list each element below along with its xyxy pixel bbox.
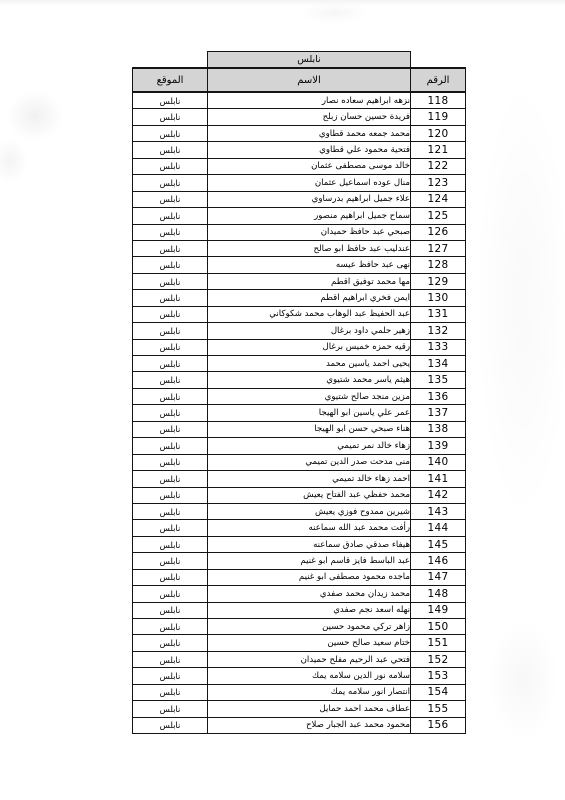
row-name-cell: نزهه ابراهيم سعاده نصار xyxy=(208,92,411,109)
row-location-cell: نابلس xyxy=(133,339,208,355)
row-location-cell: نابلس xyxy=(133,191,208,207)
row-number-cell: 140 xyxy=(411,454,466,470)
table-row: 136 مزين منجد صالح شتيوي نابلس xyxy=(133,388,466,404)
row-location-cell: نابلس xyxy=(133,487,208,503)
table-row: 124 علاء جميل ابراهيم بدرساوي نابلس xyxy=(133,191,466,207)
row-name-cell: نهله اسعد نجم صفدي xyxy=(208,602,411,618)
row-name-cell: علاء جميل ابراهيم بدرساوي xyxy=(208,191,411,207)
row-number-cell: 154 xyxy=(411,684,466,700)
table-row: 120 محمد جمعه محمد قطاوي نابلس xyxy=(133,125,466,141)
row-number-cell: 120 xyxy=(411,125,466,141)
table-row: 129 مها محمد توفيق اقطم نابلس xyxy=(133,273,466,289)
column-header-row: الرقم الاسم الموقع xyxy=(133,68,466,92)
row-name-cell: مها محمد توفيق اقطم xyxy=(208,273,411,289)
row-name-cell: خالد موسى مصطفى عثمان xyxy=(208,158,411,174)
row-number-cell: 129 xyxy=(411,273,466,289)
row-location-cell: نابلس xyxy=(133,356,208,372)
row-number-cell: 127 xyxy=(411,240,466,256)
table-row: 149 نهله اسعد نجم صفدي نابلس xyxy=(133,602,466,618)
table-row: 150 زاهر تركي محمود حسين نابلس xyxy=(133,619,466,635)
row-name-cell: انتصار انور سلامه يمك xyxy=(208,684,411,700)
row-number-cell: 149 xyxy=(411,602,466,618)
row-number-cell: 124 xyxy=(411,191,466,207)
row-name-cell: محمود محمد عبد الجبار صلاح xyxy=(208,717,411,733)
row-name-cell: احمد زهاء خالد تميمي xyxy=(208,471,411,487)
row-number-cell: 155 xyxy=(411,701,466,717)
table-row: 126 صبحي عبد حافظ حميدان نابلس xyxy=(133,224,466,240)
row-name-cell: رقيه حمزه خميس برغال xyxy=(208,339,411,355)
row-number-cell: 131 xyxy=(411,306,466,322)
table-row: 147 ماجده محمود مصطفى ابو غنيم نابلس xyxy=(133,569,466,585)
ghost-cell xyxy=(133,52,208,69)
table-row: 130 ايمن فخري ابراهيم اقطم نابلس xyxy=(133,290,466,306)
scan-smudge xyxy=(0,138,28,184)
row-number-cell: 141 xyxy=(411,471,466,487)
row-location-cell: نابلس xyxy=(133,142,208,158)
table-body: نابلس الرقم الاسم الموقع 118 نزهه ابراهي… xyxy=(133,52,466,734)
table-row: 146 عبد الباسط فايز قاسم ابو غنيم نابلس xyxy=(133,553,466,569)
row-name-cell: ايمن فخري ابراهيم اقطم xyxy=(208,290,411,306)
row-name-cell: زاهر تركي محمود حسين xyxy=(208,619,411,635)
table-row: 127 عندليب عبد حافظ ابو صالح نابلس xyxy=(133,240,466,256)
table-row: 137 عمر علي ياسين ابو الهيجا نابلس xyxy=(133,405,466,421)
row-number-cell: 128 xyxy=(411,257,466,273)
row-number-cell: 138 xyxy=(411,421,466,437)
row-name-cell: عمر علي ياسين ابو الهيجا xyxy=(208,405,411,421)
row-number-cell: 148 xyxy=(411,586,466,602)
table-row: 143 شيرين ممدوح فوزي يعيش نابلس xyxy=(133,503,466,519)
table-row: 152 فتحي عبد الرحيم مفلح حميدان نابلس xyxy=(133,651,466,667)
column-header-name: الاسم xyxy=(208,68,411,92)
table-row: 140 منى مدحت صدر الدين تميمي نابلس xyxy=(133,454,466,470)
row-number-cell: 147 xyxy=(411,569,466,585)
column-header-location: الموقع xyxy=(133,68,208,92)
row-location-cell: نابلس xyxy=(133,109,208,125)
row-location-cell: نابلس xyxy=(133,257,208,273)
row-location-cell: نابلس xyxy=(133,586,208,602)
row-number-cell: 146 xyxy=(411,553,466,569)
group-title-row: نابلس xyxy=(133,52,466,69)
table-row: 135 هيثم ياسر محمد شتيوي نابلس xyxy=(133,372,466,388)
row-name-cell: محمد جمعه محمد قطاوي xyxy=(208,125,411,141)
table-row: 132 زهير حلمي داود برغال نابلس xyxy=(133,323,466,339)
table-row: 153 سلامه نور الدين سلامه يمك نابلس xyxy=(133,668,466,684)
row-name-cell: يحيى احمد ياسين محمد xyxy=(208,356,411,372)
row-location-cell: نابلس xyxy=(133,651,208,667)
row-number-cell: 137 xyxy=(411,405,466,421)
row-name-cell: منى مدحت صدر الدين تميمي xyxy=(208,454,411,470)
row-location-cell: نابلس xyxy=(133,717,208,733)
row-number-cell: 121 xyxy=(411,142,466,158)
row-location-cell: نابلس xyxy=(133,503,208,519)
row-location-cell: نابلس xyxy=(133,240,208,256)
roster-sheet: نابلس الرقم الاسم الموقع 118 نزهه ابراهي… xyxy=(132,51,466,734)
row-name-cell: ختام سعيد صالح حسين xyxy=(208,635,411,651)
table-row: 131 عبد الحفيظ عبد الوهاب محمد شكوكاني ن… xyxy=(133,306,466,322)
row-name-cell: هيفاء صدقي صادق سماعنه xyxy=(208,536,411,552)
row-number-cell: 136 xyxy=(411,388,466,404)
scan-smudge xyxy=(488,620,558,740)
row-name-cell: سماح جميل ابراهيم منصور xyxy=(208,208,411,224)
row-location-cell: نابلس xyxy=(133,125,208,141)
row-number-cell: 156 xyxy=(411,717,466,733)
table-row: 134 يحيى احمد ياسين محمد نابلس xyxy=(133,356,466,372)
row-location-cell: نابلس xyxy=(133,684,208,700)
table-row: 156 محمود محمد عبد الجبار صلاح نابلس xyxy=(133,717,466,733)
row-location-cell: نابلس xyxy=(133,405,208,421)
row-location-cell: نابلس xyxy=(133,619,208,635)
row-number-cell: 145 xyxy=(411,536,466,552)
row-number-cell: 142 xyxy=(411,487,466,503)
row-number-cell: 122 xyxy=(411,158,466,174)
row-number-cell: 119 xyxy=(411,109,466,125)
row-number-cell: 132 xyxy=(411,323,466,339)
row-location-cell: نابلس xyxy=(133,372,208,388)
row-location-cell: نابلس xyxy=(133,306,208,322)
row-location-cell: نابلس xyxy=(133,602,208,618)
row-name-cell: زهاء خالد نمر تميمي xyxy=(208,438,411,454)
table-row: 125 سماح جميل ابراهيم منصور نابلس xyxy=(133,208,466,224)
row-location-cell: نابلس xyxy=(133,290,208,306)
row-name-cell: عبد الحفيظ عبد الوهاب محمد شكوكاني xyxy=(208,306,411,322)
row-location-cell: نابلس xyxy=(133,569,208,585)
row-location-cell: نابلس xyxy=(133,92,208,109)
row-number-cell: 134 xyxy=(411,356,466,372)
row-name-cell: نهى عبد حافظ عيسه xyxy=(208,257,411,273)
table-row: 148 محمد زيدان محمد صفدي نابلس xyxy=(133,586,466,602)
row-location-cell: نابلس xyxy=(133,701,208,717)
row-location-cell: نابلس xyxy=(133,438,208,454)
row-name-cell: مزين منجد صالح شتيوي xyxy=(208,388,411,404)
row-location-cell: نابلس xyxy=(133,471,208,487)
row-number-cell: 133 xyxy=(411,339,466,355)
table-row: 121 فتحية محمود علي قطاوي نابلس xyxy=(133,142,466,158)
row-location-cell: نابلس xyxy=(133,388,208,404)
row-name-cell: صبحي عبد حافظ حميدان xyxy=(208,224,411,240)
row-number-cell: 126 xyxy=(411,224,466,240)
row-number-cell: 144 xyxy=(411,520,466,536)
row-name-cell: رأفت محمد عبد الله سماعنه xyxy=(208,520,411,536)
row-name-cell: هيثم ياسر محمد شتيوي xyxy=(208,372,411,388)
row-name-cell: عبد الباسط فايز قاسم ابو غنيم xyxy=(208,553,411,569)
row-name-cell: شيرين ممدوح فوزي يعيش xyxy=(208,503,411,519)
table-row: 144 رأفت محمد عبد الله سماعنه نابلس xyxy=(133,520,466,536)
row-location-cell: نابلس xyxy=(133,454,208,470)
row-location-cell: نابلس xyxy=(133,536,208,552)
row-number-cell: 139 xyxy=(411,438,466,454)
table-row: 151 ختام سعيد صالح حسين نابلس xyxy=(133,635,466,651)
scan-smudge xyxy=(478,90,565,510)
row-name-cell: محمد زيدان محمد صفدي xyxy=(208,586,411,602)
row-number-cell: 151 xyxy=(411,635,466,651)
roster-table: نابلس الرقم الاسم الموقع 118 نزهه ابراهي… xyxy=(132,51,466,734)
row-location-cell: نابلس xyxy=(133,520,208,536)
row-number-cell: 125 xyxy=(411,208,466,224)
table-row: 155 عطاف محمد احمد حمايل نابلس xyxy=(133,701,466,717)
row-location-cell: نابلس xyxy=(133,421,208,437)
table-row: 142 محمد حفظي عبد الفتاح يعيش نابلس xyxy=(133,487,466,503)
row-number-cell: 135 xyxy=(411,372,466,388)
row-location-cell: نابلس xyxy=(133,224,208,240)
document-page: نابلس الرقم الاسم الموقع 118 نزهه ابراهي… xyxy=(0,0,565,800)
scan-smudge xyxy=(300,2,370,24)
table-row: 133 رقيه حمزه خميس برغال نابلس xyxy=(133,339,466,355)
row-number-cell: 152 xyxy=(411,651,466,667)
table-row: 122 خالد موسى مصطفى عثمان نابلس xyxy=(133,158,466,174)
group-title-cell: نابلس xyxy=(208,52,411,69)
row-name-cell: عطاف محمد احمد حمايل xyxy=(208,701,411,717)
row-location-cell: نابلس xyxy=(133,635,208,651)
table-row: 128 نهى عبد حافظ عيسه نابلس xyxy=(133,257,466,273)
scan-smudge xyxy=(0,0,565,6)
row-name-cell: عندليب عبد حافظ ابو صالح xyxy=(208,240,411,256)
row-name-cell: فتحي عبد الرحيم مفلح حميدان xyxy=(208,651,411,667)
table-row: 138 هناء صبحي حسن ابو الهيجا نابلس xyxy=(133,421,466,437)
ghost-cell xyxy=(411,52,466,69)
table-row: 119 فريدة حسين حسان زبلح نابلس xyxy=(133,109,466,125)
row-name-cell: منال عوده اسماعيل عثمان xyxy=(208,175,411,191)
table-row: 123 منال عوده اسماعيل عثمان نابلس xyxy=(133,175,466,191)
row-location-cell: نابلس xyxy=(133,158,208,174)
row-name-cell: زهير حلمي داود برغال xyxy=(208,323,411,339)
table-row: 118 نزهه ابراهيم سعاده نصار نابلس xyxy=(133,92,466,109)
table-row: 141 احمد زهاء خالد تميمي نابلس xyxy=(133,471,466,487)
row-location-cell: نابلس xyxy=(133,208,208,224)
row-location-cell: نابلس xyxy=(133,273,208,289)
table-row: 154 انتصار انور سلامه يمك نابلس xyxy=(133,684,466,700)
row-number-cell: 123 xyxy=(411,175,466,191)
row-name-cell: فتحية محمود علي قطاوي xyxy=(208,142,411,158)
row-name-cell: فريدة حسين حسان زبلح xyxy=(208,109,411,125)
row-name-cell: هناء صبحي حسن ابو الهيجا xyxy=(208,421,411,437)
table-row: 139 زهاء خالد نمر تميمي نابلس xyxy=(133,438,466,454)
row-number-cell: 150 xyxy=(411,619,466,635)
row-number-cell: 130 xyxy=(411,290,466,306)
row-number-cell: 118 xyxy=(411,92,466,109)
column-header-number: الرقم xyxy=(411,68,466,92)
table-row: 145 هيفاء صدقي صادق سماعنه نابلس xyxy=(133,536,466,552)
row-name-cell: سلامه نور الدين سلامه يمك xyxy=(208,668,411,684)
row-location-cell: نابلس xyxy=(133,553,208,569)
row-location-cell: نابلس xyxy=(133,175,208,191)
row-name-cell: محمد حفظي عبد الفتاح يعيش xyxy=(208,487,411,503)
row-location-cell: نابلس xyxy=(133,323,208,339)
scan-smudge xyxy=(6,90,64,142)
row-name-cell: ماجده محمود مصطفى ابو غنيم xyxy=(208,569,411,585)
row-location-cell: نابلس xyxy=(133,668,208,684)
row-number-cell: 143 xyxy=(411,503,466,519)
row-number-cell: 153 xyxy=(411,668,466,684)
